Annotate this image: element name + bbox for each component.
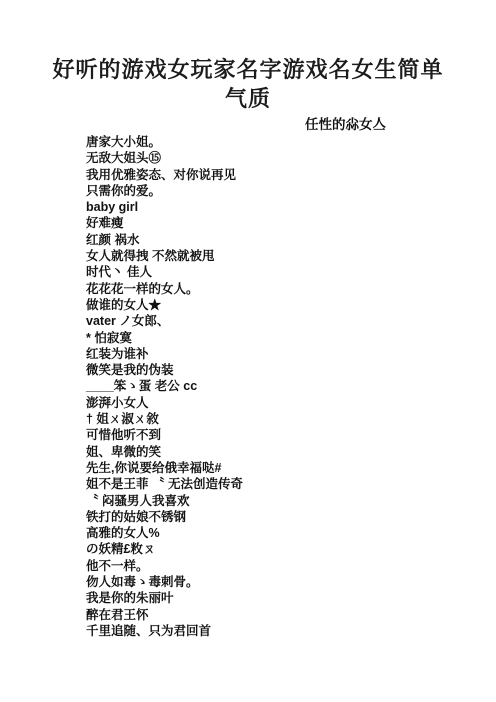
name-list-item: ____笨ゝ蛋 老公 cc	[86, 378, 496, 394]
name-list-item: 千里追随、只为君回首	[86, 623, 496, 639]
name-list-item: 女人就得拽 不然就被甩	[86, 248, 496, 264]
name-list-item: 好难瘦	[86, 215, 496, 231]
name-list-item: 他不一样。	[86, 558, 496, 574]
name-list-item: 红装为谁补	[86, 346, 496, 362]
subtitle-name: 任性的尛女亼	[0, 116, 496, 133]
name-list-item: 醉在君王怀	[86, 607, 496, 623]
name-list-item: 做谁的女人★	[86, 297, 496, 313]
name-list: 唐家大小姐。无敌大姐头⑮我用优雅姿态、对你说再见只需你的爱。baby girl好…	[0, 134, 496, 639]
name-list-item: 姐、卑微的笑	[86, 444, 496, 460]
name-list-item: 红颜 祸水	[86, 232, 496, 248]
name-list-item: 澎湃小女人	[86, 395, 496, 411]
name-list-item: 我用优雅姿态、对你说再见	[86, 167, 496, 183]
name-list-item: 〝 闷骚男人我喜欢	[86, 493, 496, 509]
name-list-item: 时代丶 佳人	[86, 264, 496, 280]
name-list-item: 只需你的爱。	[86, 183, 496, 199]
name-list-item: 铁打的姑娘不锈钢	[86, 509, 496, 525]
name-list-item: 唐家大小姐。	[86, 134, 496, 150]
name-list-item: 微笑是我的伪装	[86, 362, 496, 378]
page-title: 好听的游戏女玩家名字游戏名女生简单 气质	[0, 0, 496, 113]
name-list-item: 高雅的女人%	[86, 525, 496, 541]
name-list-item: 无敌大姐头⑮	[86, 150, 496, 166]
name-list-item: 可惜他听不到	[86, 427, 496, 443]
name-list-item: の妖精£敉ㄡ	[86, 541, 496, 557]
page-title-line-1: 好听的游戏女玩家名字游戏名女生简单	[0, 55, 496, 84]
name-list-item: 花花花一样的女人。	[86, 281, 496, 297]
name-list-item: baby girl	[86, 199, 496, 215]
name-list-item: † 姐ㄨ淑ㄨ敘	[86, 411, 496, 427]
name-list-item: 伆人如毒ゝ毒刺骨。	[86, 574, 496, 590]
name-list-item: vater ノ女郎、	[86, 313, 496, 329]
page-title-line-2: 气质	[0, 84, 496, 113]
name-list-item: 姐不是王菲 〝 无法创造传奇	[86, 476, 496, 492]
name-list-item: 先生,你说要给俄幸福哒#	[86, 460, 496, 476]
name-list-item: 我是你的朱丽叶	[86, 590, 496, 606]
document-page: 好听的游戏女玩家名字游戏名女生简单 气质 任性的尛女亼 唐家大小姐。无敌大姐头⑮…	[0, 0, 496, 702]
name-list-item: * 怕寂寞	[86, 330, 496, 346]
